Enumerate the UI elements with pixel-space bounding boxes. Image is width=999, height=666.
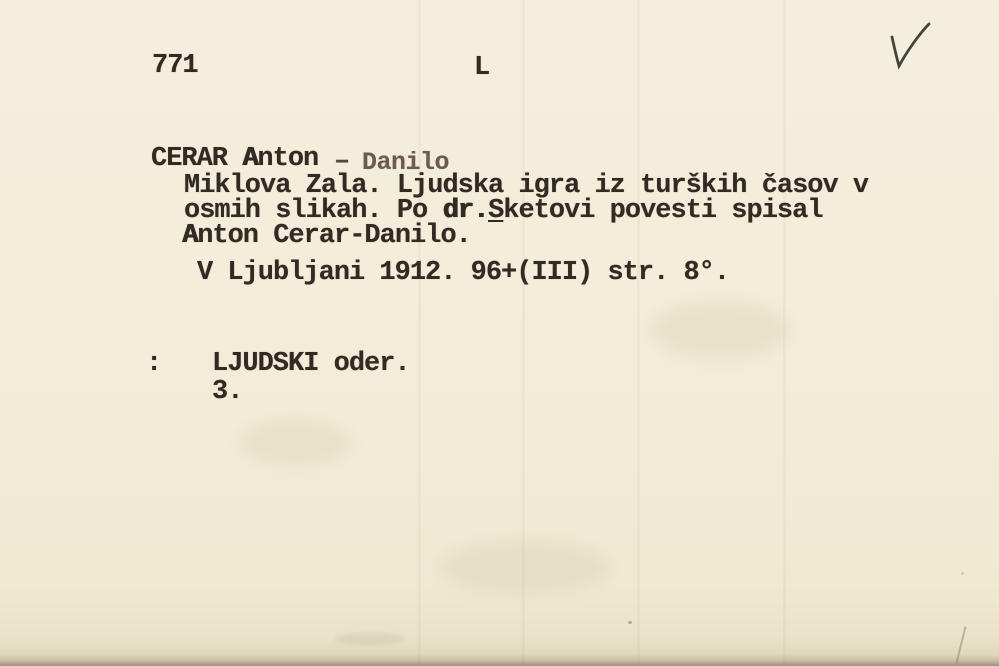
pen-stray-mark <box>955 626 966 663</box>
paper-speck <box>961 572 964 575</box>
paper-streak <box>783 0 786 666</box>
paper-streak <box>522 0 525 666</box>
subject-number: 3. <box>212 379 242 406</box>
checkmark-icon <box>880 18 940 74</box>
description-line-3: Anton Cerar-Danilo. <box>182 223 471 250</box>
description-line-2-underlined: S <box>488 196 503 226</box>
paper-speck <box>628 621 632 624</box>
author-name-overstruck: A <box>242 144 257 174</box>
paper-blotch <box>240 420 350 465</box>
author-name-pre: CERAR <box>151 144 242 174</box>
imprint-line: V Ljubljani 1912. 96+(III) str. 8°. <box>197 260 729 287</box>
call-number: 771 <box>152 53 198 80</box>
subject-term: LJUDSKI oder. <box>212 351 410 378</box>
paper-smudge <box>335 633 405 645</box>
author-name-post: nton <box>257 144 318 174</box>
author-heading: CERAR Anton <box>151 146 318 173</box>
paper-streak <box>637 0 640 666</box>
catalog-card: 771 L CERAR Anton – Danilo Miklova Zala.… <box>0 0 999 666</box>
description-line-3-overstruck: A <box>182 221 197 251</box>
section-letter: L <box>474 55 489 82</box>
paper-streak <box>418 0 421 666</box>
paper-blotch <box>650 300 790 360</box>
paper-blotch <box>440 540 610 595</box>
description-line-3-post: nton Cerar-Danilo. <box>197 221 471 251</box>
card-bottom-edge-shadow <box>0 654 999 666</box>
subject-separator: : <box>146 351 161 378</box>
description-line-2-post: ketovi povesti spisal <box>503 196 822 226</box>
